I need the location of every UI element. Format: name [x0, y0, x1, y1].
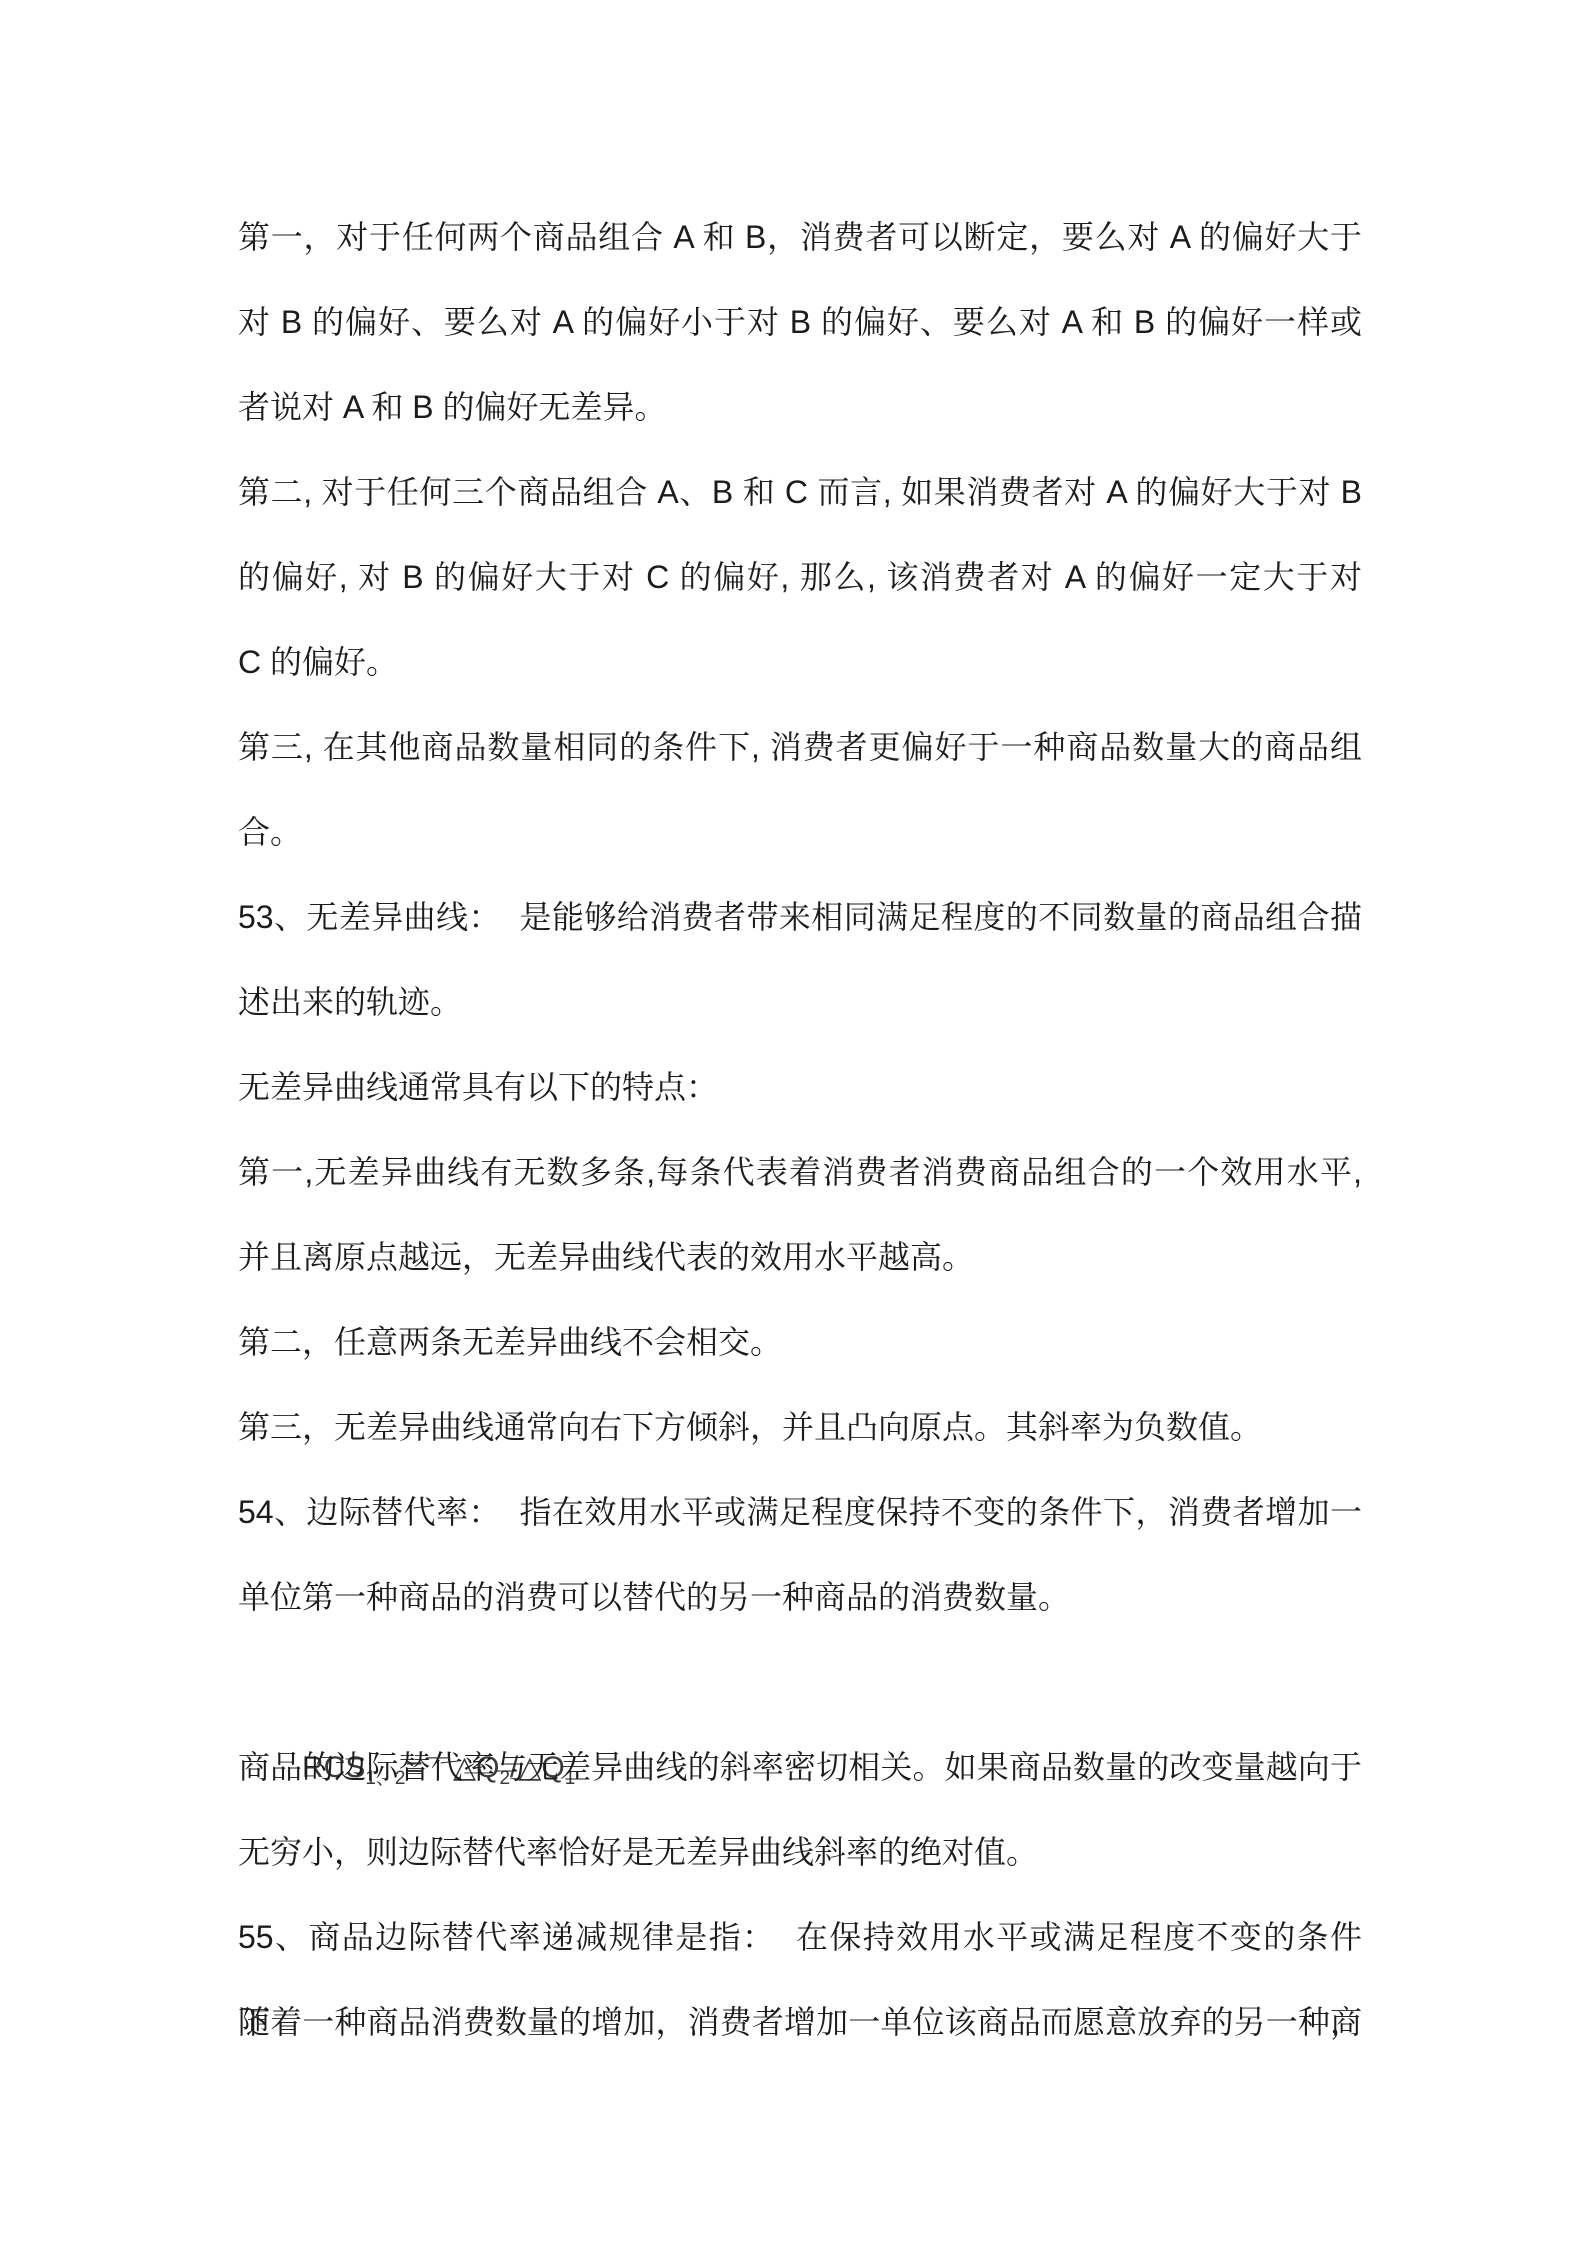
- text-line: 第三，无差异曲线通常向右下方倾斜，并且凸向原点。其斜率为负数值。: [238, 1385, 1362, 1470]
- text-line: 无穷小，则边际替代率恰好是无差异曲线斜率的绝对值。: [238, 1810, 1362, 1895]
- text-line: 商品的边际替代率与无差异曲线的斜率密切相关。如果商品数量的改变量越向于: [238, 1725, 1362, 1810]
- text-line: 者说对 A 和 B 的偏好无差异。: [238, 365, 1362, 450]
- definition-55-line: 55、商品边际替代率递减规律是指： 在保持效用水平或满足程度不变的条件下，: [238, 1895, 1362, 1980]
- text-line: 第三, 在其他商品数量相同的条件下, 消费者更偏好于一种商品数量大的商品组: [238, 705, 1362, 790]
- definition-53-line: 述出来的轨迹。: [238, 960, 1362, 1045]
- text-line: 合。: [238, 790, 1362, 875]
- definition-54-line: 单位第一种商品的消费可以替代的另一种商品的消费数量。: [238, 1555, 1362, 1640]
- document-page: 第一，对于任何两个商品组合 A 和 B，消费者可以断定，要么对 A 的偏好大于 …: [0, 0, 1587, 2245]
- text-line: C 的偏好。: [238, 620, 1362, 705]
- text-line: 第二，任意两条无差异曲线不会相交。: [238, 1300, 1362, 1385]
- text-line: 无差异曲线通常具有以下的特点：: [238, 1045, 1362, 1130]
- definition-55-line: 随着一种商品消费数量的增加，消费者增加一单位该商品而愿意放弃的另一种商: [238, 1980, 1362, 2065]
- definition-54-line: 54、边际替代率： 指在效用水平或满足程度保持不变的条件下，消费者增加一: [238, 1470, 1362, 1555]
- document-content: 第一，对于任何两个商品组合 A 和 B，消费者可以断定，要么对 A 的偏好大于 …: [238, 195, 1362, 2065]
- definition-53-line: 53、无差异曲线： 是能够给消费者带来相同满足程度的不同数量的商品组合描: [238, 875, 1362, 960]
- formula-minus-sign: －: [423, 1743, 453, 1776]
- text-line: 并且离原点越远，无差异曲线代表的效用水平越高。: [238, 1215, 1362, 1300]
- rcs-formula: RCS1、2=－△Q2/△Q1: [238, 1640, 1362, 1725]
- text-line: 第二, 对于任何三个商品组合 A、B 和 C 而言, 如果消费者对 A 的偏好大…: [238, 450, 1362, 535]
- text-line: 的偏好, 对 B 的偏好大于对 C 的偏好, 那么, 该消费者对 A 的偏好一定…: [238, 535, 1362, 620]
- text-line: 对 B 的偏好、要么对 A 的偏好小于对 B 的偏好、要么对 A 和 B 的偏好…: [238, 280, 1362, 365]
- text-line: 第一,无差异曲线有无数多条,每条代表着消费者消费商品组合的一个效用水平,: [238, 1130, 1362, 1215]
- text-line: 第一，对于任何两个商品组合 A 和 B，消费者可以断定，要么对 A 的偏好大于: [238, 195, 1362, 280]
